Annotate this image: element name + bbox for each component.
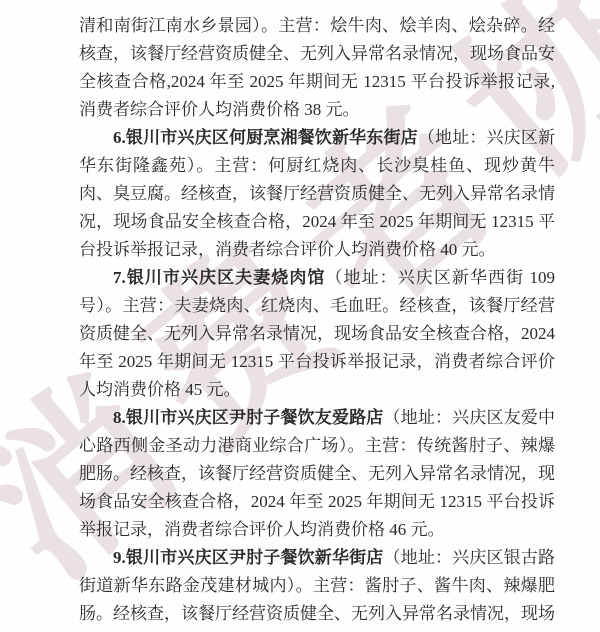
entry-6: 6.银川市兴庆区何厨烹湘餐饮新华东街店（地址：兴庆区新华东街隆鑫苑）。主营：何厨… bbox=[79, 124, 555, 264]
entry-8: 8.银川市兴庆区尹肘子餐饮友爱路店（地址：兴庆区友爱中心路西侧金圣动力港商业综合… bbox=[79, 404, 555, 544]
entry-9-title: 9.银川市兴庆区尹肘子餐饮新华街店 bbox=[113, 548, 383, 567]
document-content: 清和南街江南水乡景园）。主营：烩牛肉、烩羊肉、烩杂碎。经核查，该餐厅经营资质健全… bbox=[79, 12, 555, 628]
paragraph-intro-continuation: 清和南街江南水乡景园）。主营：烩牛肉、烩羊肉、烩杂碎。经核查，该餐厅经营资质健全… bbox=[79, 12, 555, 124]
entry-9: 9.银川市兴庆区尹肘子餐饮新华街店（地址：兴庆区银古路街道新华东路金茂建材城内）… bbox=[79, 544, 555, 628]
entry-7: 7.银川市兴庆区夫妻烧肉馆（地址：兴庆区新华西街 109 号）。主营：夫妻烧肉、… bbox=[79, 264, 555, 404]
document-page: 消费者协会 清和南街江南水乡景园）。主营：烩牛肉、烩羊肉、烩杂碎。经核查，该餐厅… bbox=[0, 0, 600, 632]
entry-8-body: （地址：兴庆区友爱中心路西侧金圣动力港商业综合广场）。主营：传统酱肘子、辣爆肥肠… bbox=[79, 408, 555, 539]
entry-6-body: （地址：兴庆区新华东街隆鑫苑）。主营：何厨红烧肉、长沙臭桂鱼、现炒黄牛肉、臭豆腐… bbox=[79, 128, 555, 259]
entry-6-title: 6.银川市兴庆区何厨烹湘餐饮新华东街店 bbox=[113, 128, 418, 147]
entry-7-body: （地址：兴庆区新华西街 109 号）。主营：夫妻烧肉、红烧肉、毛血旺。经核查，该… bbox=[79, 268, 555, 399]
entry-8-title: 8.银川市兴庆区尹肘子餐饮友爱路店 bbox=[113, 408, 383, 427]
entry-7-title: 7.银川市兴庆区夫妻烧肉馆 bbox=[113, 268, 326, 287]
